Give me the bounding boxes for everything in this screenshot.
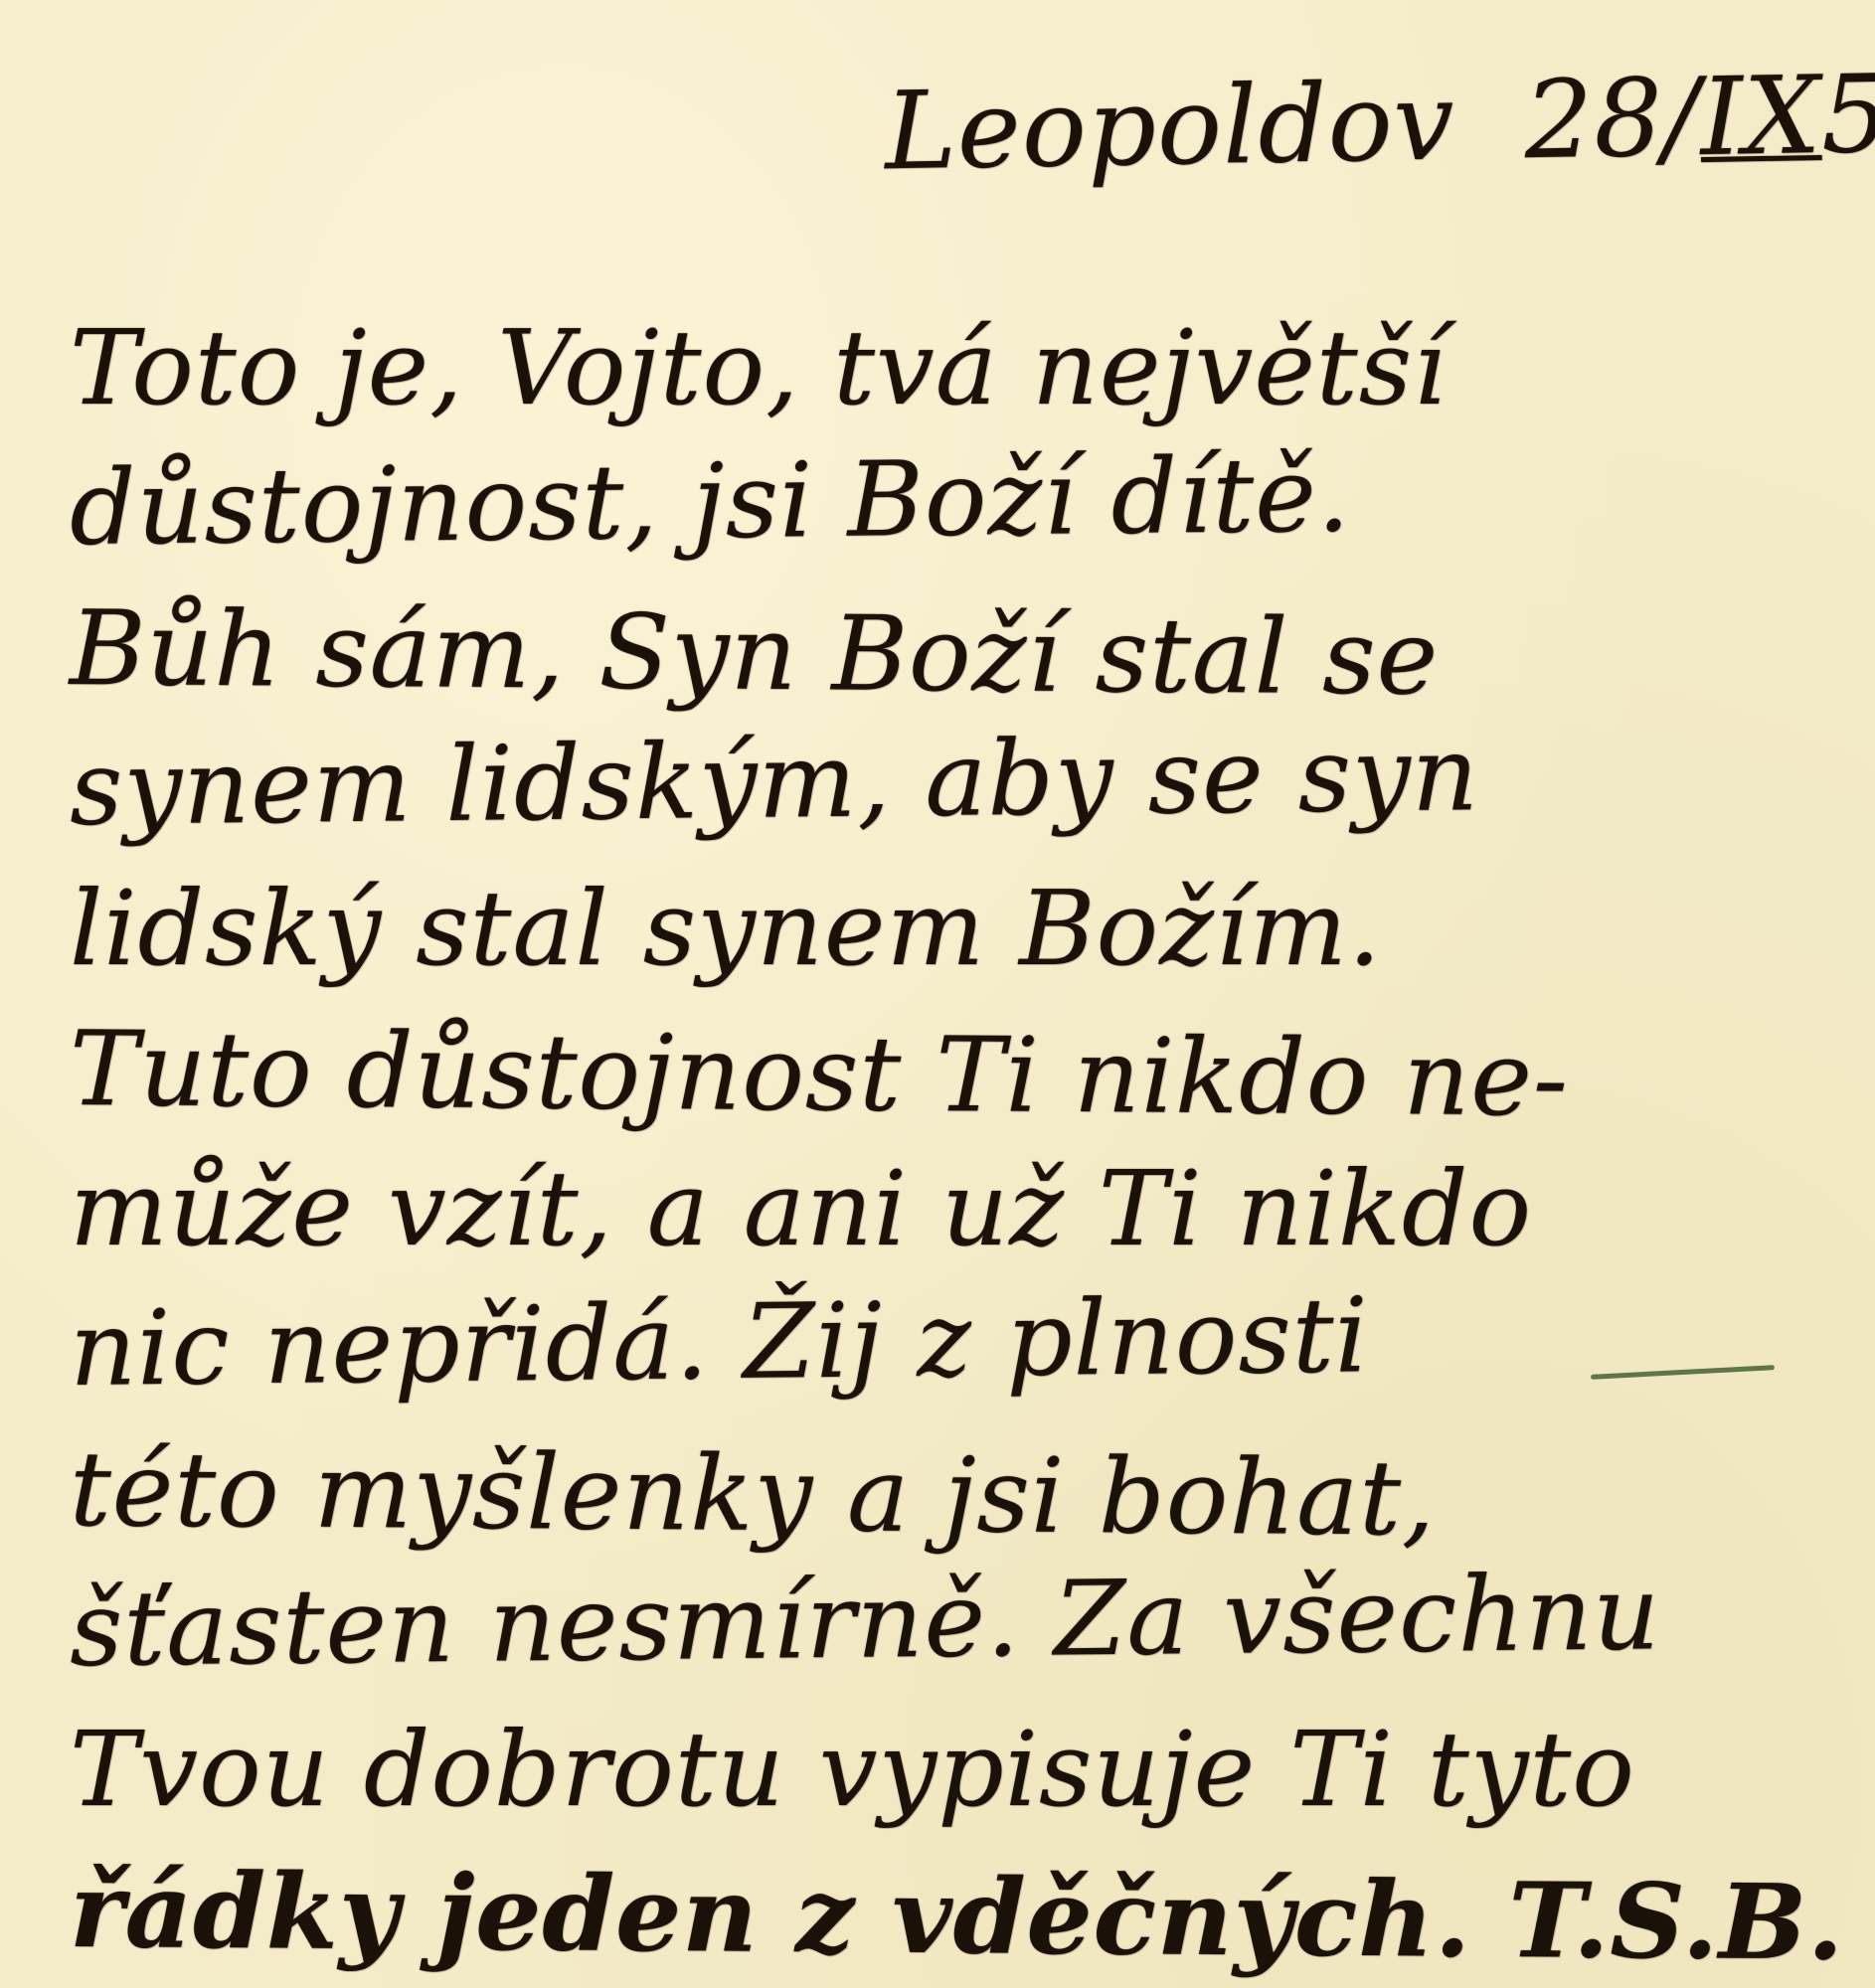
letter-line: Tvou dobrotu vypisuje Ti tyto <box>70 1700 1839 1840</box>
letter-line: důstojnost, jsi Boží dítě. <box>69 419 1839 579</box>
letter-header: Leopoldov28/IX53 <box>884 61 1875 187</box>
letter-line-signature: řádky jeden z vděčných. T.S.B. <box>70 1840 1840 1988</box>
letter-line: nic nepřidá. Žij z plnosti <box>69 1260 1839 1419</box>
letter-date-day: 28 <box>1523 57 1664 183</box>
letter-date-month: IX <box>1699 54 1822 180</box>
letter-line: Tuto důstojnost Ti nikdo ne- <box>70 999 1840 1151</box>
letter-date-year: 53 <box>1820 52 1875 178</box>
letter-body: Toto je, Vojto, tvá největší důstojnost,… <box>70 298 1839 1980</box>
letter-line: může vzít, a ani už Ti nikdo <box>70 1139 1839 1279</box>
letter-line: Toto je, Vojto, tvá největší <box>70 298 1839 438</box>
letter-place: Leopoldov <box>884 60 1456 194</box>
letter-line: lidský stal synem Božím. <box>70 859 1839 999</box>
date-separator: / <box>1662 56 1702 181</box>
letter-line: synem lidským, aby se syn <box>69 700 1839 859</box>
letter-line: šťasten nesmírně. Za všechnu <box>69 1541 1839 1700</box>
